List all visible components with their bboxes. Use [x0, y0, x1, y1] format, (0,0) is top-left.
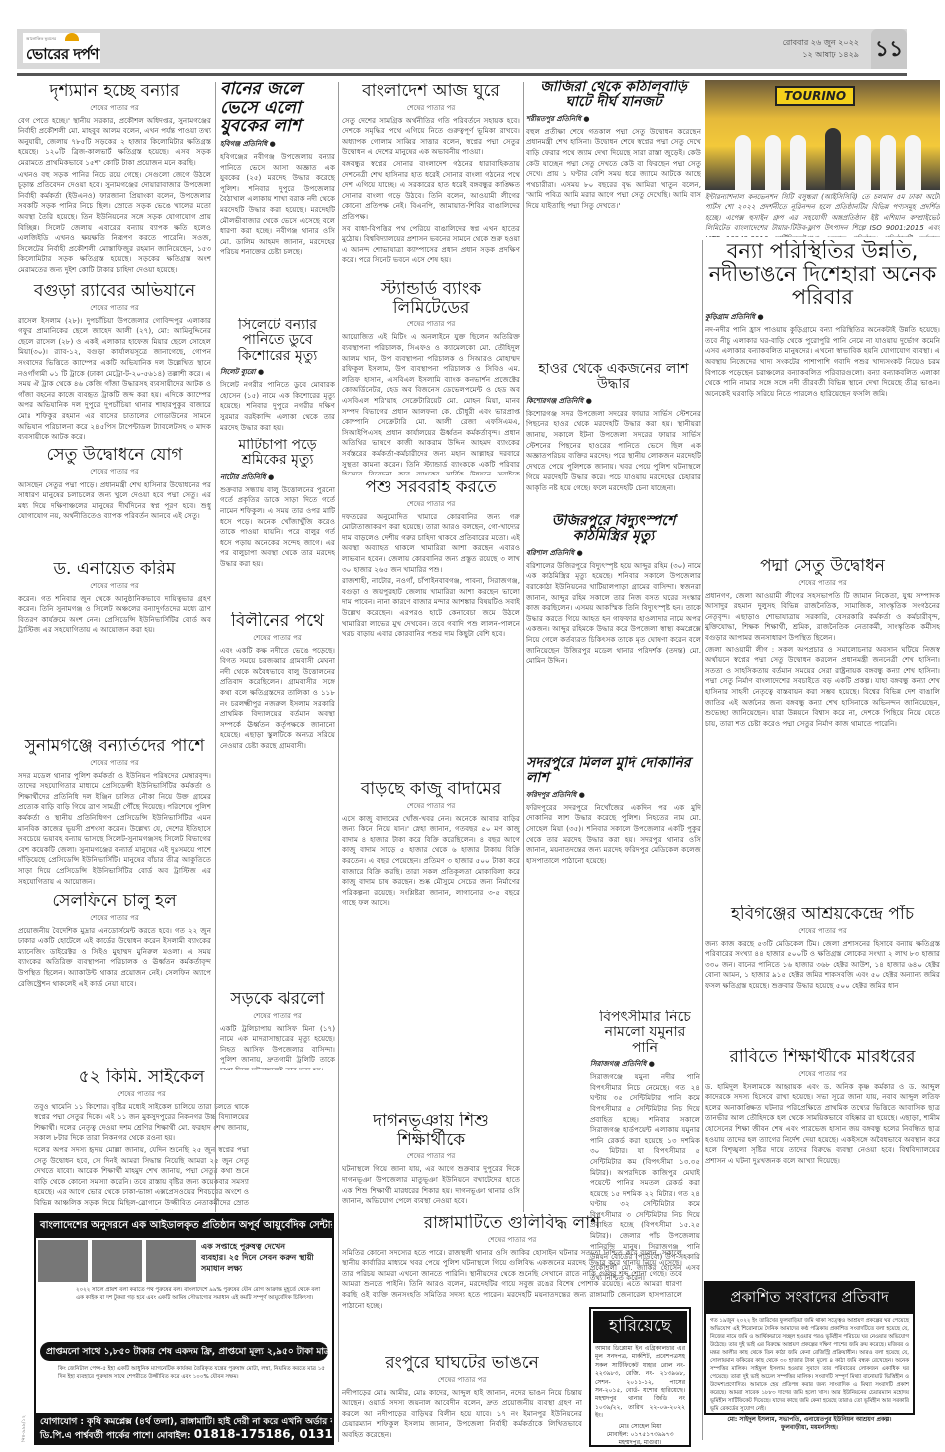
- article-body: ড. হামিদুল ইসলামকে আহ্বায়ক এবং ড. অনিক …: [705, 1082, 940, 1167]
- headline: রাবিতে শিক্ষার্থীকে মারধরের: [705, 1048, 940, 1067]
- page-number: ১১: [871, 29, 907, 69]
- ad-fine-print: কিং জেনিটাল পেন্স-৫ ইহা একটি আধুনিক ম্যা…: [36, 1363, 332, 1413]
- article-livestock-sale: পশু সরবরাহ করতে শেষের পাতার পর দফতরের অন…: [342, 478, 520, 778]
- kicker: শেষের পাতার পর: [342, 498, 520, 510]
- ad-phone-numbers[interactable]: 01818-175186, 01314-311976: [194, 1427, 334, 1441]
- ad-price: প্রাপ্তমনো সাথে ১,৮৫০ টাকার শেষ একদম ফ্র…: [40, 1342, 328, 1361]
- article-body: প্রধানগণ, জেলা আওয়ামী লীগের সহসভাপতি টি…: [705, 591, 940, 730]
- sun-icon: [65, 33, 79, 41]
- article-body: একটি ট্রলিচাপায় আসিফ মিনা (১৭) নামে এক …: [220, 1024, 335, 1070]
- byline: ফরিদপুর প্রতিনিধি ●: [526, 789, 701, 801]
- ad-promo: এক সপ্তাহে পুরুষত্ব দেখেন ব্যবহার। ২৫ দি…: [198, 1238, 332, 1284]
- headline: বন্যা পরিস্থিতির উন্নতি, নদীভাঙনে দিশেহা…: [705, 240, 940, 309]
- kicker: শেষের পাতার পর: [34, 1088, 249, 1100]
- kicker: শেষের পাতার পর: [18, 302, 211, 314]
- headline: উজিরপুরে বিদ্যুৎস্পর্শে কাঠমিস্ত্রির মৃত…: [526, 514, 701, 545]
- newspaper-logo: আলোকিত ভুবনের ভোরের দর্পণ: [23, 33, 100, 63]
- article-student-dagonbhuiyan: দাগনভূঞায় শিশু শিক্ষার্থীকে শেষের পাতার…: [342, 1112, 520, 1212]
- date-gregorian: রোববার ২৬ জুন ২০২২: [783, 37, 859, 49]
- article-body: বরিশালের উজিরপুরে বিদ্যুৎস্পৃষ্ট হয়ে আব…: [526, 561, 701, 667]
- photo-person: [855, 135, 871, 190]
- article-rabi-student: রাবিতে শিক্ষার্থীকে মারধরের শেষের পাতার …: [705, 1048, 940, 1276]
- headline: বগুড়া র‍্যাবের অভিযানে: [18, 282, 211, 301]
- photo-person: [880, 135, 896, 190]
- article-jamuna-danger: বিপৎসীমার নিচে নামলো যমুনার পানি সিরাজগঞ…: [590, 1010, 700, 1305]
- photo-banner: TOURINO: [775, 86, 855, 106]
- rebuttal-body: গত ১৯জুন ২০২২ ইং তারিখের ফুলবাড়িয়া জমি…: [706, 1314, 913, 1416]
- ad-banner: বাংলাদেশের অনুসরনে এক আইডালকৃত প্রতিষ্ঠা…: [36, 1215, 332, 1238]
- article-haor-body: হাওর থেকে একজনের লাশ উদ্ধার কিশোরগঞ্জ প্…: [526, 362, 701, 512]
- kicker: শেষের পাতার পর: [342, 1150, 520, 1162]
- article-sadarpur-grocer: সদরপুরে মিলল মুদি দোকানির লাশ ফরিদপুর প্…: [526, 756, 701, 996]
- lost-notice-body: আমার ডিপ্লোমা ইন এগ্রিকালচার এর মূল সনদপ…: [593, 1343, 687, 1423]
- headline: স্ট্যান্ডার্ড ব্যাংক লিমিটেডের: [342, 280, 520, 317]
- article-road-accident: সড়কে ঝরলো শেষের পাতার পর একটি ট্রলিচাপা…: [220, 990, 335, 1070]
- article-body: হবিগঞ্জের নবীগঞ্জ উপজেলায় বন্যার পানিতে…: [220, 152, 335, 258]
- rebuttal-signature-place: ফুলবাড়ীয়া, ময়মনসিংহ।: [706, 1424, 913, 1432]
- photo-person: [735, 135, 751, 190]
- kicker: শেষের পাতার পর: [342, 318, 520, 330]
- date-bengali: ১২ আষাঢ় ১৪২৯: [783, 49, 859, 61]
- lost-notice-title: হারিয়েছে: [593, 1311, 687, 1343]
- headline: সেতু উদ্বোধনে যোগ: [18, 446, 211, 465]
- byline: বরিশাল প্রতিনিধি ●: [526, 547, 701, 559]
- article-body: তবুও থামেনি ১১ কিশোর। বৃষ্টির মধ্যেই সাই…: [34, 1102, 249, 1210]
- photo-caption: ইন্টারন্যাশনাল কনভেনশন সিটি বসুন্ধরা (আই…: [705, 192, 940, 237]
- kicker: শেষের পাতার পর: [18, 757, 211, 769]
- photo-person: [790, 135, 806, 190]
- article-rab-bogura: বগুড়া র‍্যাবের অভিযানে শেষের পাতার পর র…: [18, 282, 211, 442]
- article-body: সিরাজগঞ্জে যমুনা নদীর পানি বিপৎসীমার নিচ…: [590, 1072, 700, 1284]
- article-padma-inauguration: পদ্মা সেতু উদ্বোধন শেষের পাতার পর প্রধান…: [705, 557, 940, 902]
- article-cashew: বাড়ছে কাজু বাদামের শেষের পাতার পর এসে ক…: [342, 780, 520, 1060]
- headline: হাওর থেকে একজনের লাশ উদ্ধার: [526, 362, 701, 393]
- article-body: রাসেল ইসলাম (২৮)। দুপচাঁচিয়া উপজেলার গো…: [18, 316, 211, 442]
- article-habiganj-relief: হবিগঞ্জের আশ্রয়কেন্দ্রে পাঁচ শেষের পাতা…: [705, 905, 940, 1045]
- article-body: জন্য কাজ করছে ৫৩টি মেডিকেল টিম। জেলা প্র…: [705, 939, 940, 992]
- lost-notice: হারিয়েছে আমার ডিপ্লোমা ইন এগ্রিকালচার এ…: [589, 1307, 691, 1447]
- kicker: শেষের পাতার পর: [705, 577, 940, 589]
- article-body: কিশোরগঞ্জ সদর উপজেলা সদরের ফায়ার সার্ভি…: [526, 409, 701, 494]
- kicker: শেষের পাতার পর: [18, 912, 211, 924]
- article-bangladesh-today: বাংলাদেশ আজ ঘুরে শেষের পাতার পর সেতু দেশ…: [342, 82, 520, 277]
- headline: বাড়ছে কাজু বাদামের: [342, 780, 520, 799]
- photo-person: [825, 128, 841, 190]
- logo-name: ভোরের দর্পণ: [26, 43, 99, 68]
- column-divider: [215, 82, 216, 1212]
- ad-fine-print: ২০২২ সালে প্রায়শ বলা করাতে পথ পুরুষের ব…: [36, 1284, 332, 1340]
- byline: শরীয়তপুর প্রতিনিধি ●: [526, 113, 701, 125]
- headline: দৃশ্যমান হচ্ছে বন্যার: [18, 82, 211, 101]
- headline: সদরপুরে মিলল মুদি দোকানির লাশ: [526, 756, 701, 787]
- ad-photo: [92, 1240, 142, 1282]
- article-body: এসে কাজু বাদামের খোঁজ-খবর নেন। অনেকে আবা…: [342, 814, 520, 909]
- lost-notice-address: মহম্মদপুর, মাগুরা।: [593, 1439, 687, 1447]
- headline: সিলেটে বন্যার পানিতে ডুবে কিশোরের মৃত্যু: [220, 318, 335, 364]
- article-vanishing-path: বিলীনের পথে শেষের পাতার পর এবং একটি কক্ষ…: [220, 612, 335, 987]
- headline: পশু সরবরাহ করতে: [342, 478, 520, 497]
- kicker: শেষের পাতার পর: [18, 580, 211, 592]
- kicker: শেষের পাতার পর: [220, 1010, 335, 1022]
- article-body: আয়োজিত এই মিটিং এ অনলাইনে যুক্ত ছিলেন অ…: [342, 332, 520, 475]
- kicker: শেষের পাতার পর: [18, 466, 211, 478]
- article-rangpur-erosion: রংপুরে ঘাঘটের ভাঙনে শেষের পাতার পর নদীপা…: [342, 1354, 582, 1446]
- photo-person: [905, 135, 921, 190]
- headline: ড. এনায়েত করিম: [18, 560, 211, 579]
- article-body: নদীপাড়ের মোঃ আমীর, মোঃ কাদের, আব্দুল হা…: [342, 1388, 582, 1441]
- byline: সিলেট ব্যুরো ●: [220, 366, 335, 378]
- article-cellfin: সেলফিনে চালু হল শেষের পাতার পর প্রয়োজনী…: [18, 892, 211, 1044]
- article-body: শুক্রবার সন্ধ্যায় বালু উত্তোলনের পুরনো …: [220, 485, 335, 570]
- advertisement: বাংলাদেশের অনুসরনে এক আইডালকৃত প্রতিষ্ঠা…: [34, 1213, 334, 1445]
- rebuttal-signature: মো: সাইদুল ইসলাম, সভাপতি, এনায়েতপুর ইউন…: [706, 1416, 913, 1424]
- ad-images: এক সপ্তাহে পুরুষত্ব দেখেন ব্যবহার। ২৫ দি…: [36, 1238, 332, 1284]
- masthead-rule: [17, 73, 907, 76]
- article-body: ঘটনাস্থলে গিয়ে জানা যায়, এর আগে শুক্রব…: [342, 1164, 520, 1206]
- headline: বিলীনের পথে: [220, 612, 335, 631]
- article-body: করেন। গত শনিবার জুন থেকে আনুষ্ঠানিকভাবে …: [18, 594, 211, 636]
- headline: রংপুরে ঘাঘটের ভাঙনে: [342, 1354, 582, 1373]
- article-cycle-52km: ৫২ কিমি. সাইকেল শেষের পাতার পর তবুও থামে…: [34, 1068, 249, 1210]
- ad-photo: [38, 1240, 88, 1282]
- article-body: দফতরের অনুমোদিত খামারে কোরবানির জন্য গরু…: [342, 512, 520, 640]
- lost-notice-name: মোঃ সোহেল মিয়া: [593, 1423, 687, 1431]
- article-body: আসছেন সেতুর পদ্মা পাড়ে। প্রধানমন্ত্রী শ…: [18, 480, 211, 522]
- article-body: সদর মডেল থানার পুলিশ কর্মকর্তা ও ইউনিয়ন…: [18, 771, 211, 887]
- article-body: প্রয়োজনীয় বৈদেশিক মুদ্রার এনডোর্সমেন্ট…: [18, 926, 211, 990]
- headline: বাংলাদেশ আজ ঘুরে: [342, 82, 520, 101]
- byline: কিশোরগঞ্জ প্রতিনিধি ●: [526, 395, 701, 407]
- photo-person: [765, 135, 781, 190]
- article-kurigram-flood: বন্যা পরিস্থিতির উন্নতি, নদীভাঙনে দিশেহা…: [705, 240, 940, 555]
- headline: পদ্মা সেতু উদ্বোধন: [705, 557, 940, 576]
- dateline: রোববার ২৬ জুন ২০২২ ১২ আষাঢ় ১৪২৯: [783, 37, 859, 61]
- article-dr-enayet: ড. এনায়েত করিম শেষের পাতার পর করেন। গত …: [18, 560, 211, 735]
- article-body: বহুল প্রতীক্ষা শেষে গতকাল পদ্মা সেতু উদ্…: [526, 127, 701, 212]
- side-reference: নিঃ-৯৯৯/১২: [20, 1415, 28, 1442]
- article-flood-visible: দৃশ্যমান হচ্ছে বন্যার শেষের পাতার পর বেগ…: [18, 82, 211, 278]
- article-body: সেতু দেশের সামগ্রিক অর্থনীতির গতি পরিবর্…: [342, 116, 520, 266]
- byline: সিরাজগঞ্জ প্রতিনিধি ●: [590, 1058, 700, 1070]
- article-body: সিলেট নগরীর পানিতে ডুবে মোবারক হোসেন (১৫…: [220, 380, 335, 433]
- article-body: বেগ পেতে হচ্ছে।' স্থানীয় সরকার, প্রকৌশল…: [18, 116, 211, 276]
- kicker: শেষের পাতার পর: [18, 102, 211, 114]
- article-bridge-inauguration: সেতু উদ্বোধনে যোগ শেষের পাতার পর আসছেন স…: [18, 446, 211, 556]
- article-body: এবং একটি কক্ষ নদীতে ভেঙে পড়েছে। বিগত সম…: [220, 646, 335, 752]
- column-divider: [702, 240, 703, 1440]
- kicker: শেষের পাতার পর: [342, 800, 520, 812]
- logo-tagline: আলোকিত ভুবনের: [26, 36, 56, 43]
- headline: সড়কে ঝরলো: [220, 990, 335, 1009]
- headline: হবিগঞ্জের আশ্রয়কেন্দ্রে পাঁচ: [705, 905, 940, 924]
- article-sunamganj-flood: সুনামগঞ্জে বন্যার্তদের পাশে শেষের পাতার …: [18, 737, 211, 887]
- kicker: শেষের পাতার পর: [705, 925, 940, 937]
- article-ujirpur-electrocution: উজিরপুরে বিদ্যুৎস্পর্শে কাঠমিস্ত্রির মৃত…: [526, 514, 701, 754]
- article-sylhet-teen-death: সিলেটে বন্যার পানিতে ডুবে কিশোরের মৃত্যু…: [220, 318, 335, 436]
- headline: জাজিরা থেকে কাঁঠালবাড়ি ঘাটে দীর্ঘ যানজট: [526, 80, 701, 111]
- article-body: নদ-নদীর পানি হ্রাস পাওয়ায় কুড়িগ্রামে …: [705, 325, 940, 399]
- headline: বানের জলে ভেসে এলো যুবকের লাশ: [220, 80, 335, 136]
- headline: দাগনভূঞায় শিশু শিক্ষার্থীকে: [342, 1112, 520, 1149]
- kicker: শেষের পাতার পর: [220, 632, 335, 644]
- headline: সেলফিনে চালু হল: [18, 892, 211, 911]
- byline: কুড়িগ্রাম প্রতিনিধি ●: [705, 311, 940, 323]
- ad-photo: [146, 1240, 196, 1282]
- column-divider: [523, 82, 524, 1212]
- ad-contact: যোগাযোগ : কৃষি কমপ্লেক্স (৪র্থ তলা), রাঙ…: [36, 1413, 332, 1445]
- rebuttal-notice: প্রকাশিত সংবাদের প্রতিবাদ গত ১৯জুন ২০২২ …: [704, 1281, 915, 1415]
- exhibition-photo: TOURINO: [705, 80, 940, 190]
- headline: বিপৎসীমার নিচে নামলো যমুনার পানি: [590, 1010, 700, 1056]
- headline: ৫২ কিমি. সাইকেল: [34, 1068, 249, 1087]
- article-standard-bank: স্ট্যান্ডার্ড ব্যাংক লিমিটেডের শেষের পাত…: [342, 280, 520, 475]
- kicker: শেষের পাতার পর: [342, 102, 520, 114]
- article-body: ফরিদপুরের সদরপুরে নিখোঁজের একদিন পর এক ম…: [526, 803, 701, 867]
- byline: হবিগঞ্জ প্রতিনিধি ●: [220, 138, 335, 150]
- rebuttal-title: প্রকাশিত সংবাদের প্রতিবাদ: [706, 1283, 913, 1314]
- headline: মাটিচাপা পড়ে শ্রমিকের মৃত্যু: [220, 438, 335, 469]
- lost-notice-phone: মোবাইল: ০১৭৫১৭৩৯৯৭৩: [593, 1431, 687, 1439]
- article-jajira-traffic: জাজিরা থেকে কাঁঠালবাড়ি ঘাটে দীর্ঘ যানজট…: [526, 80, 701, 360]
- masthead: আলোকিত ভুবনের ভোরের দর্পণ রোববার ২৬ জুন …: [17, 29, 907, 69]
- kicker: শেষের পাতার পর: [342, 1374, 582, 1386]
- kicker: শেষের পাতার পর: [705, 1068, 940, 1080]
- article-youth-body-flood: বানের জলে ভেসে এলো যুবকের লাশ হবিগঞ্জ প্…: [220, 80, 335, 315]
- headline: সুনামগঞ্জে বন্যার্তদের পাশে: [18, 737, 211, 756]
- article-worker-soil-death: মাটিচাপা পড়ে শ্রমিকের মৃত্যু নাটোর প্রত…: [220, 438, 335, 608]
- column-divider: [338, 82, 339, 1442]
- byline: নাটোর প্রতিনিধি ●: [220, 471, 335, 483]
